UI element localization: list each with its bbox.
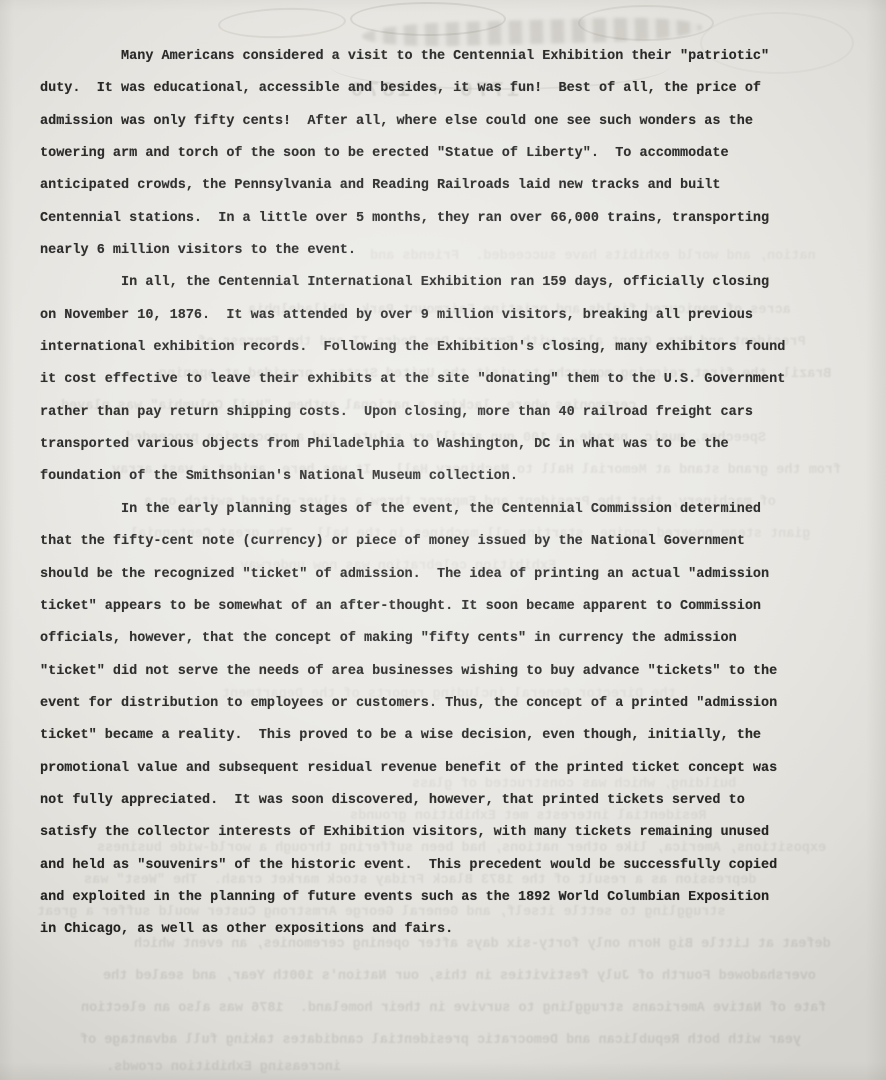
text-line: event for distribution to employees or c… bbox=[40, 688, 785, 720]
text-line: In the early planning stages of the even… bbox=[40, 494, 785, 526]
emblem-ellipse-left bbox=[218, 6, 347, 40]
text-line: officials, however, that the concept of … bbox=[40, 623, 785, 655]
bleedthrough-line: increasing Exhibition crowds. bbox=[106, 1060, 341, 1075]
text-line: Centennial stations. In a little over 5 … bbox=[40, 203, 785, 235]
text-line: nearly 6 million visitors to the event. bbox=[40, 235, 785, 267]
text-line: duty. It was educational, accessible and… bbox=[40, 73, 785, 105]
text-line: In all, the Centennial International Exh… bbox=[40, 267, 785, 299]
text-line: international exhibition records. Follow… bbox=[40, 332, 785, 364]
text-line: ticket" appears to be somewhat of an aft… bbox=[40, 591, 785, 623]
text-line: ticket" became a reality. This proved to… bbox=[40, 720, 785, 752]
text-line: should be the recognized "ticket" of adm… bbox=[40, 559, 785, 591]
text-line: in Chicago, as well as other expositions… bbox=[40, 914, 785, 946]
typewritten-text: Many Americans considered a visit to the… bbox=[40, 41, 785, 947]
text-line: admission was only fifty cents! After al… bbox=[40, 106, 785, 138]
text-line: not fully appreciated. It was soon disco… bbox=[40, 785, 785, 817]
text-line: foundation of the Smithsonian's National… bbox=[40, 461, 785, 493]
bleedthrough-line: fate of Native Americans struggling to s… bbox=[81, 1001, 826, 1016]
text-line: transported various objects from Philade… bbox=[40, 429, 785, 461]
text-line: and exploited in the planning of future … bbox=[40, 882, 785, 914]
bleedthrough-line: year with both Republican and Democratic… bbox=[80, 1033, 801, 1048]
text-line: rather than pay return shipping costs. U… bbox=[40, 397, 785, 429]
text-line: promotional value and subsequent residua… bbox=[40, 753, 785, 785]
scanned-page: 1776 + 1876 nation, and world exhibits h… bbox=[0, 0, 886, 1080]
text-line: satisfy the collector interests of Exhib… bbox=[40, 817, 785, 849]
text-line: anticipated crowds, the Pennsylvania and… bbox=[40, 170, 785, 202]
text-line: and held as "souvenirs" of the historic … bbox=[40, 850, 785, 882]
text-line: "ticket" did not serve the needs of area… bbox=[40, 656, 785, 688]
text-line: that the fifty-cent note (currency) or p… bbox=[40, 526, 785, 558]
text-line: it cost effective to leave their exhibit… bbox=[40, 364, 785, 396]
text-line: towering arm and torch of the soon to be… bbox=[40, 138, 785, 170]
text-line: Many Americans considered a visit to the… bbox=[40, 41, 785, 73]
bleedthrough-line: overshadowed Fourth of July festivities … bbox=[103, 969, 816, 984]
text-line: on November 10, 1876. It was attended by… bbox=[40, 300, 785, 332]
